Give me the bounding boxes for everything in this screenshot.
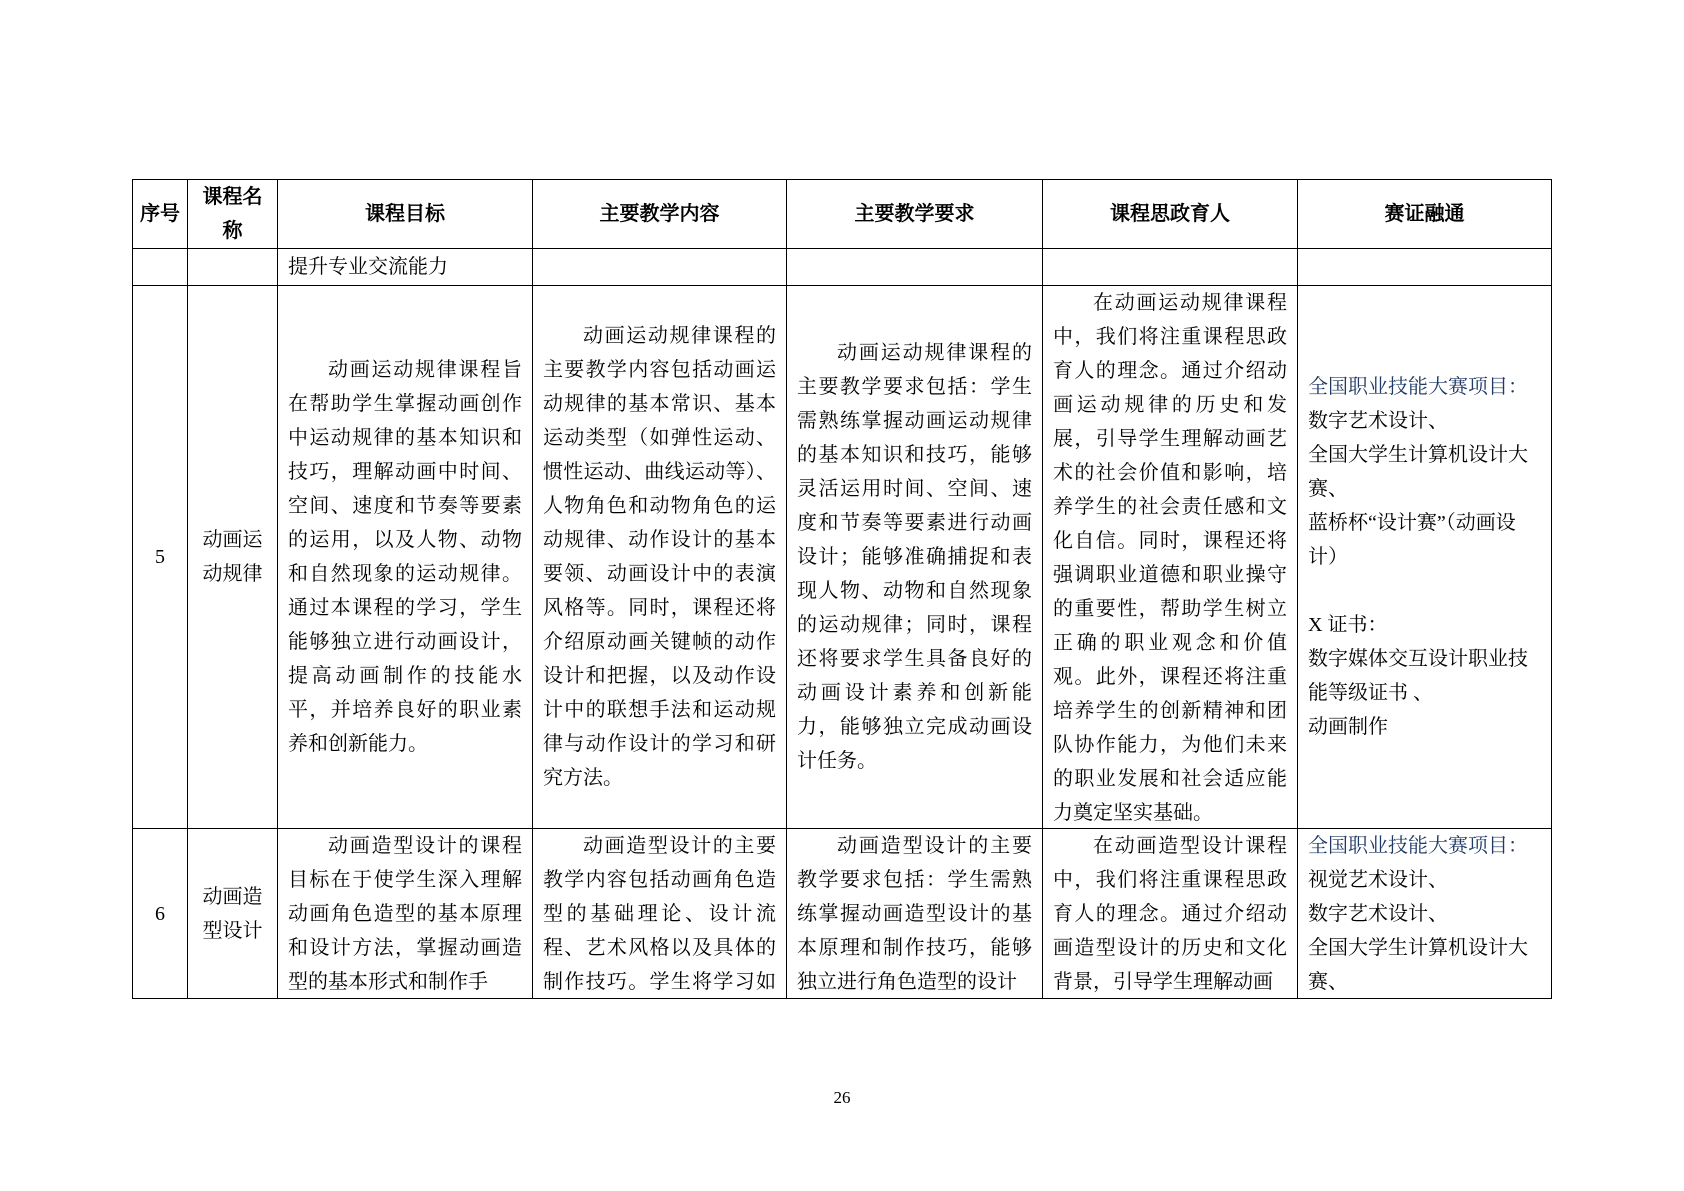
col-header-ideology: 课程思政育人 [1043, 180, 1298, 249]
carryover-row: 提升专业交流能力 [133, 249, 1552, 286]
cell-row6-content: 动画造型设计的主要教学内容包括动画角色造型的基础理论、设计流程、艺术风格以及具体… [533, 829, 787, 999]
list-line: 视觉艺术设计、 [1308, 863, 1541, 897]
cell-row5-content: 动画运动规律课程的主要教学内容包括动画运动规律的基本常识、基本运动类型（如弹性运… [533, 286, 787, 829]
cell-row6-requirement: 动画造型设计的主要教学要求包括：学生需熟练掌握动画造型设计的基本原理和制作技巧，… [787, 829, 1043, 999]
list-line: 全国大学生计算机设计大赛、 [1308, 931, 1541, 997]
empty-cell [188, 249, 278, 286]
col-header-course-name: 课程名称 [188, 180, 278, 249]
course-row-5: 5 动画运动规律 动画运动规律课程旨在帮助学生掌握动画创作中运动规律的基本知识和… [133, 286, 1552, 829]
cell-row6-no: 6 [133, 829, 188, 999]
content-paragraph: 动画造型设计的主要教学内容包括动画角色造型的基础理论、设计流程、艺术风格以及具体… [543, 829, 776, 997]
col-header-competition-cert: 赛证融通 [1298, 180, 1552, 249]
ideology-paragraph: 在动画运动规律课程中，我们将注重课程思政育人的理念。通过介绍动画运动规律的历史和… [1053, 286, 1287, 828]
competition-title: 全国职业技能大赛项目： [1308, 370, 1541, 404]
requirement-paragraph: 动画运动规律课程的主要教学要求包括：学生需熟练掌握动画运动规律的基本知识和技巧，… [797, 336, 1032, 778]
col-header-goal: 课程目标 [278, 180, 533, 249]
competition-item-list: 数字艺术设计、全国大学生计算机设计大赛、蓝桥杯“设计赛”（动画设计） [1308, 404, 1541, 574]
cell-row6-ideology: 在动画造型设计课程中，我们将注重课程思政育人的理念。通过介绍动画造型设计的历史和… [1043, 829, 1298, 999]
cell-row6-course-name: 动画造型设计 [188, 829, 278, 999]
cell-row5-goal: 动画运动规律课程旨在帮助学生掌握动画创作中运动规律的基本知识和技巧，理解动画中时… [278, 286, 533, 829]
x-cert-item-list: 数字媒体交互设计职业技能等级证书 、动画制作 [1308, 642, 1541, 744]
ideology-paragraph: 在动画造型设计课程中，我们将注重课程思政育人的理念。通过介绍动画造型设计的历史和… [1053, 829, 1287, 997]
col-header-requirement: 主要教学要求 [787, 180, 1043, 249]
blank-line [1308, 574, 1541, 608]
empty-cell [1298, 249, 1552, 286]
empty-cell [133, 249, 188, 286]
empty-cell [1043, 249, 1298, 286]
x-cert-title: X 证书： [1308, 608, 1541, 642]
goal-paragraph: 动画运动规律课程旨在帮助学生掌握动画创作中运动规律的基本知识和技巧，理解动画中时… [288, 353, 522, 761]
competition-title: 全国职业技能大赛项目： [1308, 829, 1541, 863]
list-line: 全国大学生计算机设计大赛、 [1308, 438, 1541, 506]
document-page: 序号 课程名称 课程目标 主要教学内容 主要教学要求 课程思政育人 赛证融通 提… [0, 0, 1684, 1191]
cell-row5-course-name: 动画运动规律 [188, 286, 278, 829]
empty-cell [533, 249, 787, 286]
list-line: 数字艺术设计、 [1308, 404, 1541, 438]
content-paragraph: 动画运动规律课程的主要教学内容包括动画运动规律的基本常识、基本运动类型（如弹性运… [543, 319, 776, 795]
list-line: 数字媒体交互设计职业技能等级证书 、 [1308, 642, 1541, 710]
cell-row5-no: 5 [133, 286, 188, 829]
cell-row5-competition-cert: 全国职业技能大赛项目： 数字艺术设计、全国大学生计算机设计大赛、蓝桥杯“设计赛”… [1298, 286, 1552, 829]
course-table: 序号 课程名称 课程目标 主要教学内容 主要教学要求 课程思政育人 赛证融通 提… [132, 179, 1552, 999]
requirement-paragraph: 动画造型设计的主要教学要求包括：学生需熟练掌握动画造型设计的基本原理和制作技巧，… [797, 829, 1032, 997]
cell-row5-ideology: 在动画运动规律课程中，我们将注重课程思政育人的理念。通过介绍动画运动规律的历史和… [1043, 286, 1298, 829]
list-line: 蓝桥杯“设计赛”（动画设计） [1308, 506, 1541, 574]
cell-row5-requirement: 动画运动规律课程的主要教学要求包括：学生需熟练掌握动画运动规律的基本知识和技巧，… [787, 286, 1043, 829]
col-header-no: 序号 [133, 180, 188, 249]
col-header-content: 主要教学内容 [533, 180, 787, 249]
cell-row6-competition-cert: 全国职业技能大赛项目： 视觉艺术设计、数字艺术设计、全国大学生计算机设计大赛、 [1298, 829, 1552, 999]
page-number: 26 [0, 1088, 1684, 1108]
empty-cell [787, 249, 1043, 286]
carryover-goal-fragment: 提升专业交流能力 [278, 249, 533, 286]
goal-paragraph: 动画造型设计的课程目标在于使学生深入理解动画角色造型的基本原理和设计方法，掌握动… [288, 829, 522, 997]
cell-row6-goal: 动画造型设计的课程目标在于使学生深入理解动画角色造型的基本原理和设计方法，掌握动… [278, 829, 533, 999]
table-header-row: 序号 课程名称 课程目标 主要教学内容 主要教学要求 课程思政育人 赛证融通 [133, 180, 1552, 249]
list-line: 数字艺术设计、 [1308, 897, 1541, 931]
competition-item-list: 视觉艺术设计、数字艺术设计、全国大学生计算机设计大赛、 [1308, 863, 1541, 997]
course-row-6: 6 动画造型设计 动画造型设计的课程目标在于使学生深入理解动画角色造型的基本原理… [133, 829, 1552, 999]
list-line: 动画制作 [1308, 710, 1541, 744]
